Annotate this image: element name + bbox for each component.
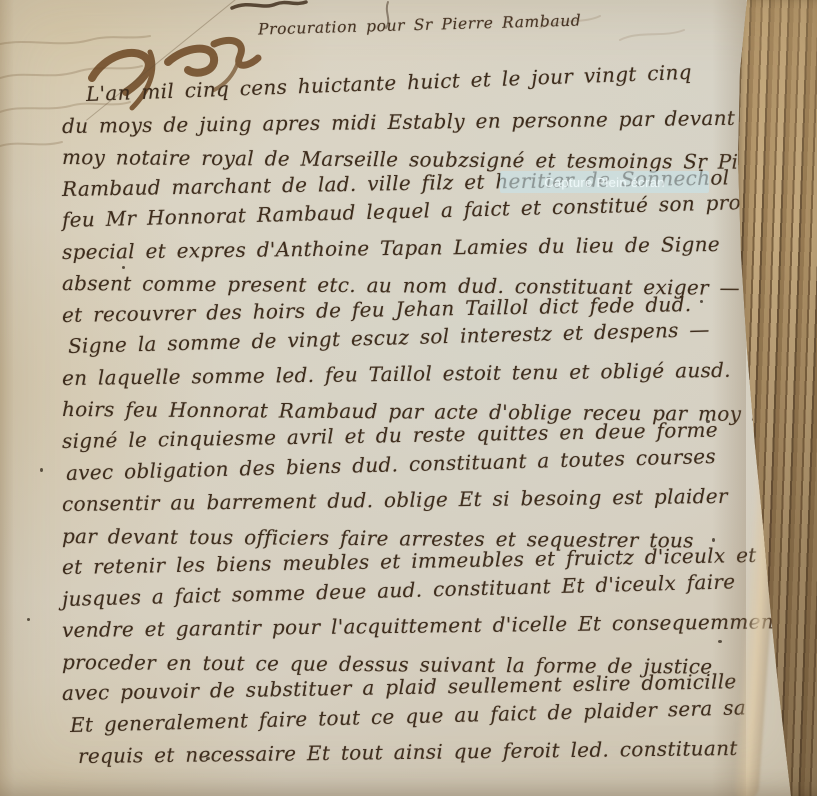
ink-speck	[718, 640, 722, 643]
manuscript-line: special et expres d'Anthoine Tapan Lamie…	[62, 228, 730, 268]
screen-capture-tooltip: Capture Plein écran	[500, 171, 709, 193]
manuscript-line: vendre et garantir pour l'acquittement d…	[62, 606, 730, 646]
screen-capture-tooltip-label: Capture Plein écran	[544, 175, 665, 190]
ink-speck	[40, 468, 43, 472]
ink-speck	[27, 618, 30, 621]
ink-speck	[206, 757, 210, 760]
ink-speck	[700, 300, 703, 303]
manuscript-line: requis et necessaire Et tout ainsi que f…	[78, 733, 730, 773]
manuscript-line: en laquelle somme led. feu Taillol estoi…	[62, 354, 730, 394]
manuscript-line: consentir au barrement dud. oblige Et si…	[62, 480, 730, 520]
manuscript-line: du moys de juing apres midi Estably en p…	[62, 101, 730, 141]
ink-speck	[706, 420, 710, 423]
manuscript-line: L'an mil cinq cens huictante huict et le…	[85, 54, 730, 109]
ink-speck	[122, 266, 125, 269]
manuscript-header: Procuration pour Sr Pierre Rambaud	[258, 11, 582, 38]
ink-speck	[712, 538, 715, 542]
manuscript-photo: Procuration pour Sr Pierre Rambaud L'an …	[0, 0, 817, 796]
